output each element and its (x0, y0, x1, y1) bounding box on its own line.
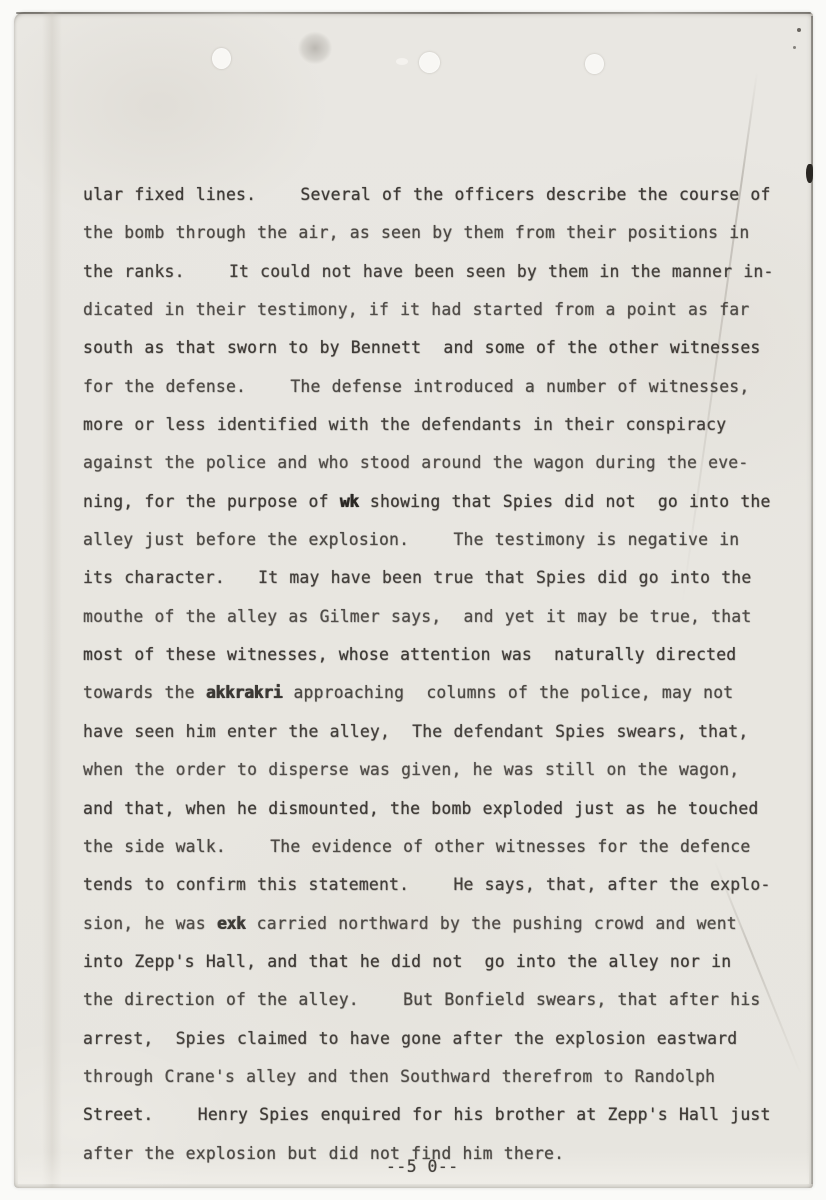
text-segment: through Crane's alley and then Southward… (83, 1067, 715, 1086)
text-segment: for the defense. The defense introduced … (83, 377, 749, 396)
text-line: the bomb through the air, as seen by the… (83, 214, 783, 252)
text-line: more or less identified with the defenda… (83, 406, 783, 444)
text-line: ning, for the purpose of wk showing that… (83, 483, 783, 521)
overstruck-word: akkrakri (206, 683, 283, 702)
text-segment: arrest, Spies claimed to have gone after… (83, 1029, 737, 1048)
edge-ink-mark (806, 164, 813, 183)
paper-sheet: ular fixed lines. Several of the officer… (14, 12, 813, 1188)
overstruck-word: exk (217, 914, 246, 933)
text-segment: against the police and who stood around … (83, 453, 748, 472)
punch-hole-center (419, 52, 440, 73)
text-segment: ning, for the purpose of (83, 492, 340, 511)
text-line: the side walk. The evidence of other wit… (83, 828, 783, 866)
text-segment: dicated in their testimony, if it had st… (83, 300, 749, 319)
text-line: for the defense. The defense introduced … (83, 368, 783, 406)
ink-smudge (292, 26, 338, 70)
text-line: south as that sworn to by Bennett and so… (83, 329, 783, 367)
paper-nick (396, 58, 408, 65)
text-line: sion, he was exk carried northward by th… (83, 905, 783, 943)
text-line: through Crane's alley and then Southward… (83, 1058, 783, 1096)
text-line: towards the akkrakri approaching columns… (83, 674, 783, 712)
text-segment: towards the (83, 683, 206, 702)
text-line: Street. Henry Spies enquired for his bro… (83, 1096, 783, 1134)
text-line: and that, when he dismounted, the bomb e… (83, 790, 783, 828)
text-line: tends to confirm this statement. He says… (83, 866, 783, 904)
text-segment: mouthe of the alley as Gilmer says, and … (83, 607, 751, 626)
page-number: --5 0-- (386, 1157, 459, 1176)
text-segment: carried northward by the pushing crowd a… (246, 914, 737, 933)
text-segment: the bomb through the air, as seen by the… (83, 223, 749, 242)
text-segment: more or less identified with the defenda… (83, 415, 726, 434)
text-line: when the order to disperse was given, he… (83, 751, 783, 789)
text-line: against the police and who stood around … (83, 444, 783, 482)
text-segment: and that, when he dismounted, the bomb e… (83, 799, 759, 818)
text-segment: most of these witnesses, whose attention… (83, 645, 736, 664)
text-segment: have seen him enter the alley, The defen… (83, 722, 748, 741)
punch-hole-right (585, 54, 604, 74)
ink-speck (797, 28, 801, 32)
text-line: have seen him enter the alley, The defen… (83, 713, 783, 751)
text-line: dicated in their testimony, if it had st… (83, 291, 783, 329)
text-segment: the direction of the alley. But Bonfield… (83, 990, 761, 1009)
text-segment: the ranks. It could not have been seen b… (83, 262, 774, 281)
paper-right-edge (811, 16, 813, 1184)
ink-speck (793, 46, 796, 49)
text-line: arrest, Spies claimed to have gone after… (83, 1020, 783, 1058)
text-line: its character. It may have been true tha… (83, 559, 783, 597)
text-segment: ular fixed lines. Several of the officer… (83, 185, 771, 204)
paper-fold-line (42, 12, 62, 1188)
text-line: alley just before the explosion. The tes… (83, 521, 783, 559)
scan-background: ular fixed lines. Several of the officer… (0, 0, 826, 1200)
text-segment: into Zepp's Hall, and that he did not go… (83, 952, 731, 971)
text-line: mouthe of the alley as Gilmer says, and … (83, 598, 783, 636)
overstruck-word: wk (340, 492, 359, 511)
typewritten-text: ular fixed lines. Several of the officer… (83, 176, 783, 1173)
text-segment: after the explosion but did not find him… (83, 1144, 564, 1163)
text-segment: the side walk. The evidence of other wit… (83, 837, 750, 856)
text-segment: its character. It may have been true tha… (83, 568, 751, 587)
text-line: ular fixed lines. Several of the officer… (83, 176, 783, 214)
paper-top-edge (16, 12, 811, 14)
text-segment: sion, he was (83, 914, 217, 933)
text-line: the ranks. It could not have been seen b… (83, 253, 783, 291)
text-segment: when the order to disperse was given, he… (83, 760, 739, 779)
text-line: into Zepp's Hall, and that he did not go… (83, 943, 783, 981)
text-segment: showing that Spies did not go into the (359, 492, 771, 511)
text-line: the direction of the alley. But Bonfield… (83, 981, 783, 1019)
text-segment: Street. Henry Spies enquired for his bro… (83, 1105, 771, 1124)
text-segment: approaching columns of the police, may n… (282, 683, 733, 702)
text-line: most of these witnesses, whose attention… (83, 636, 783, 674)
text-segment: tends to confirm this statement. He says… (83, 875, 771, 894)
text-segment: alley just before the explosion. The tes… (83, 530, 739, 549)
punch-hole-left (212, 48, 231, 69)
text-segment: south as that sworn to by Bennett and so… (83, 338, 761, 357)
